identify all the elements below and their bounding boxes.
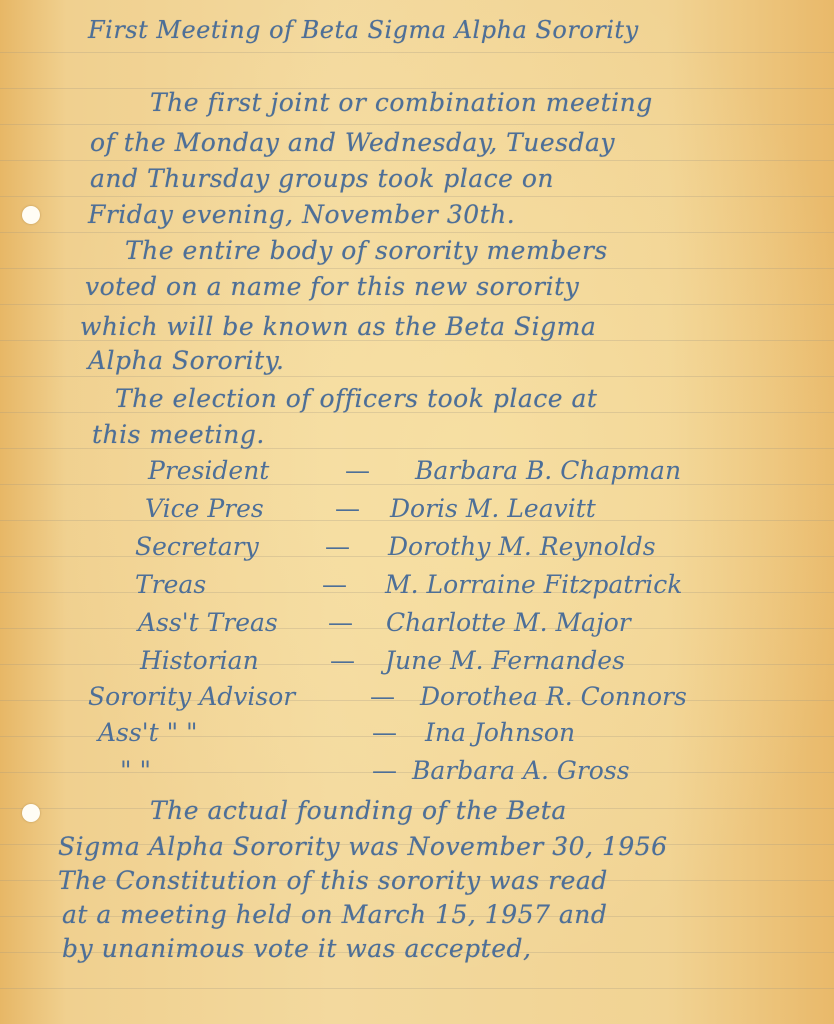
paragraph-2-line-3: which will be known as the Beta Sigma: [80, 312, 596, 341]
officer-title: Ass't " ": [98, 718, 198, 747]
officer-name: June M. Fernandes: [385, 646, 625, 675]
officer-name: Dorothea R. Connors: [420, 682, 687, 711]
paragraph-3-line-1: The election of officers took place at: [115, 384, 597, 413]
officer-name: Doris M. Leavitt: [390, 494, 596, 523]
officer-name: Dorothy M. Reynolds: [388, 532, 656, 561]
officer-dash: —: [345, 456, 370, 485]
paragraph-2-line-1: The entire body of sorority members: [125, 236, 608, 265]
paragraph-4-line-1: The actual founding of the Beta: [150, 796, 567, 825]
officer-title: Secretary: [135, 532, 259, 561]
officer-dash: —: [370, 682, 395, 711]
ruled-line: [0, 196, 834, 197]
officer-title: Treas: [135, 570, 206, 599]
ruled-line: [0, 232, 834, 233]
ruled-line: [0, 268, 834, 269]
officer-dash: —: [325, 532, 350, 561]
officer-dash: —: [372, 756, 397, 785]
paragraph-1-line-2: of the Monday and Wednesday, Tuesday: [90, 128, 615, 157]
officer-dash: —: [322, 570, 347, 599]
officer-name: Barbara A. Gross: [412, 756, 630, 785]
ruled-line: [0, 160, 834, 161]
notebook-page: First Meeting of Beta Sigma Alpha Sorori…: [0, 0, 834, 1024]
ruled-line: [0, 376, 834, 377]
officer-title: Vice Pres: [145, 494, 264, 523]
officer-name: Ina Johnson: [425, 718, 575, 747]
paragraph-4-line-2: Sigma Alpha Sorority was November 30, 19…: [58, 832, 668, 861]
officer-title: Sorority Advisor: [88, 682, 295, 711]
binder-hole-bottom: [22, 804, 40, 822]
paragraph-1-line-4: Friday evening, November 30th.: [88, 200, 515, 229]
paragraph-3-line-2: this meeting.: [92, 420, 265, 449]
ruled-line: [0, 124, 834, 125]
paragraph-4-line-5: by unanimous vote it was accepted,: [62, 934, 531, 963]
paragraph-1-line-1: The first joint or combination meeting: [150, 88, 653, 117]
ruled-line: [0, 304, 834, 305]
officer-dash: —: [372, 718, 397, 747]
officer-dash: —: [335, 494, 360, 523]
officer-name: Charlotte M. Major: [386, 608, 631, 637]
officer-title: Historian: [140, 646, 259, 675]
paragraph-2-line-2: voted on a name for this new sorority: [85, 272, 579, 301]
page-title: First Meeting of Beta Sigma Alpha Sorori…: [88, 16, 639, 44]
paragraph-4-line-3: The Constitution of this sorority was re…: [58, 866, 608, 895]
paragraph-2-line-4: Alpha Sorority.: [88, 346, 284, 375]
officer-dash: —: [330, 646, 355, 675]
ruled-line: [0, 52, 834, 53]
paragraph-1-line-3: and Thursday groups took place on: [90, 164, 554, 193]
paragraph-4-line-4: at a meeting held on March 15, 1957 and: [62, 900, 607, 929]
binder-hole-top: [22, 206, 40, 224]
officer-name: M. Lorraine Fitzpatrick: [385, 570, 682, 599]
officer-name: Barbara B. Chapman: [415, 456, 681, 485]
officer-title: " ": [120, 756, 151, 785]
officer-title: President: [148, 456, 269, 485]
ruled-line: [0, 988, 834, 989]
officer-dash: —: [328, 608, 353, 637]
officer-title: Ass't Treas: [138, 608, 278, 637]
